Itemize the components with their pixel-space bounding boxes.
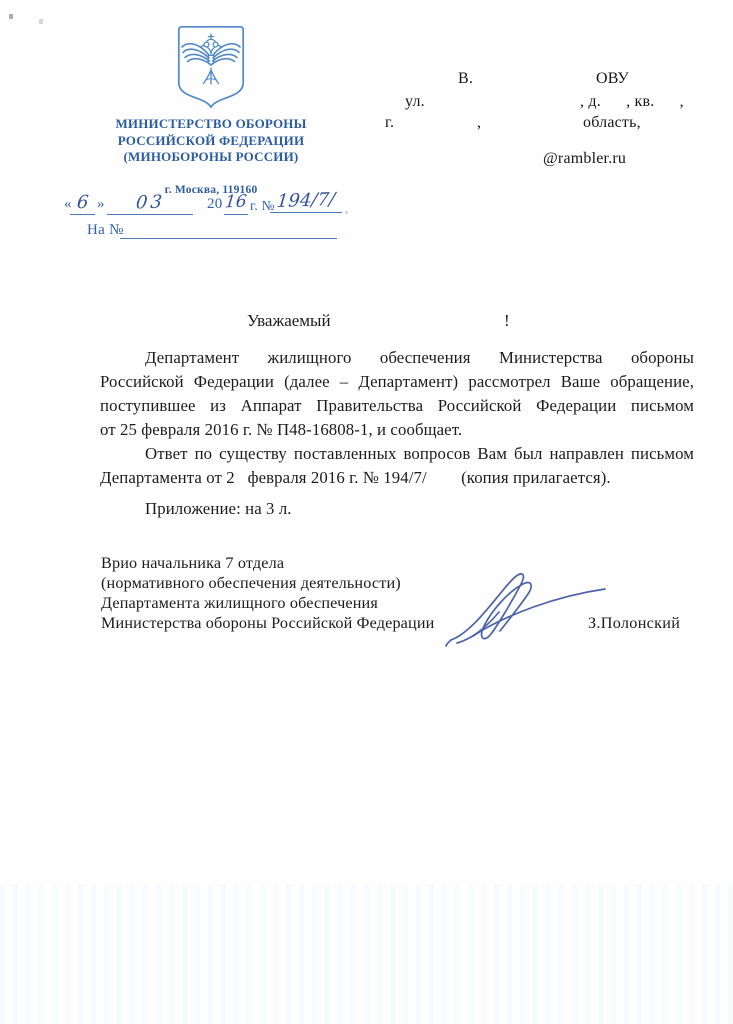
handwritten-signature [445, 568, 615, 648]
recipient-initial: В. [458, 70, 473, 88]
handwritten-outgoing-number: 194/7/ [276, 189, 336, 212]
reference-label: На № [87, 222, 124, 239]
body-line: Ответ по существу поставленных вопросов … [100, 442, 694, 466]
signer-name: З.Полонский [588, 614, 680, 633]
org-name-line: РОССИЙСКОЙ ФЕДЕРАЦИИ [109, 133, 313, 149]
handwritten-year: 16 [224, 192, 247, 213]
body-line: Российской Федерации (далее – Департамен… [100, 370, 694, 394]
handwritten-month: 03 [135, 192, 166, 214]
signer-position-line: Министерства обороны Российской Федераци… [101, 613, 434, 633]
coat-of-arms-icon [176, 24, 246, 110]
body-line: поступившее из Аппарат Правительства Рос… [100, 394, 694, 418]
reference-blank-line [120, 224, 337, 239]
date-year-prefix: 20 [207, 196, 223, 213]
date-year-field: 16 [224, 192, 248, 215]
recipient-city-label: г. [385, 114, 394, 132]
scanned-letter-page: МИНИСТЕРСТВО ОБОРОНЫ РОССИЙСКОЙ ФЕДЕРАЦИ… [0, 0, 733, 1024]
date-month-field: 03 [107, 192, 193, 215]
attachment-note: Приложение: на 3 л. [145, 499, 292, 519]
date-day-field: 6 [70, 192, 95, 215]
scan-artifact-speck [39, 19, 43, 24]
org-name-line: (МИНОБОРОНЫ РОССИИ) [109, 149, 313, 165]
recipient-name-suffix: ОВУ [596, 70, 629, 88]
body-line: Департамента от 2 февраля 2016 г. № 194/… [100, 466, 694, 490]
org-name-line: МИНИСТЕРСТВО ОБОРОНЫ [109, 116, 313, 132]
letterhead: МИНИСТЕРСТВО ОБОРОНЫ РОССИЙСКОЙ ФЕДЕРАЦИ… [109, 24, 313, 196]
signer-position-line: (нормативного обеспечения деятельности) [101, 573, 434, 593]
outgoing-number-field: 194/7/ [270, 190, 342, 213]
letter-body: Департамент жилищного обеспечения Минист… [100, 346, 694, 490]
recipient-city-comma: , [477, 114, 481, 132]
signer-position-line: Врио начальника 7 отдела [101, 553, 434, 573]
recipient-street-label: ул. [405, 93, 425, 111]
signer-position-block: Врио начальника 7 отдела (нормативного о… [101, 553, 434, 633]
scan-artifact-speck [345, 211, 348, 214]
recipient-email: @rambler.ru [543, 150, 626, 168]
scan-artifact-speck [9, 14, 13, 19]
body-line: от 25 февраля 2016 г. № П48-16808-1, и с… [100, 418, 694, 442]
recipient-house-apt: , д. , кв. , [580, 93, 684, 111]
salutation: Уважаемый [247, 311, 331, 331]
recipient-region: область, [583, 114, 641, 132]
body-line: Департамент жилищного обеспечения Минист… [100, 346, 694, 370]
salutation-exclamation: ! [504, 311, 510, 331]
scan-streak-artifacts [0, 884, 733, 1024]
date-quote-close: » [97, 196, 105, 213]
handwritten-day: 6 [76, 192, 89, 213]
signer-position-line: Департамента жилищного обеспечения [101, 593, 434, 613]
